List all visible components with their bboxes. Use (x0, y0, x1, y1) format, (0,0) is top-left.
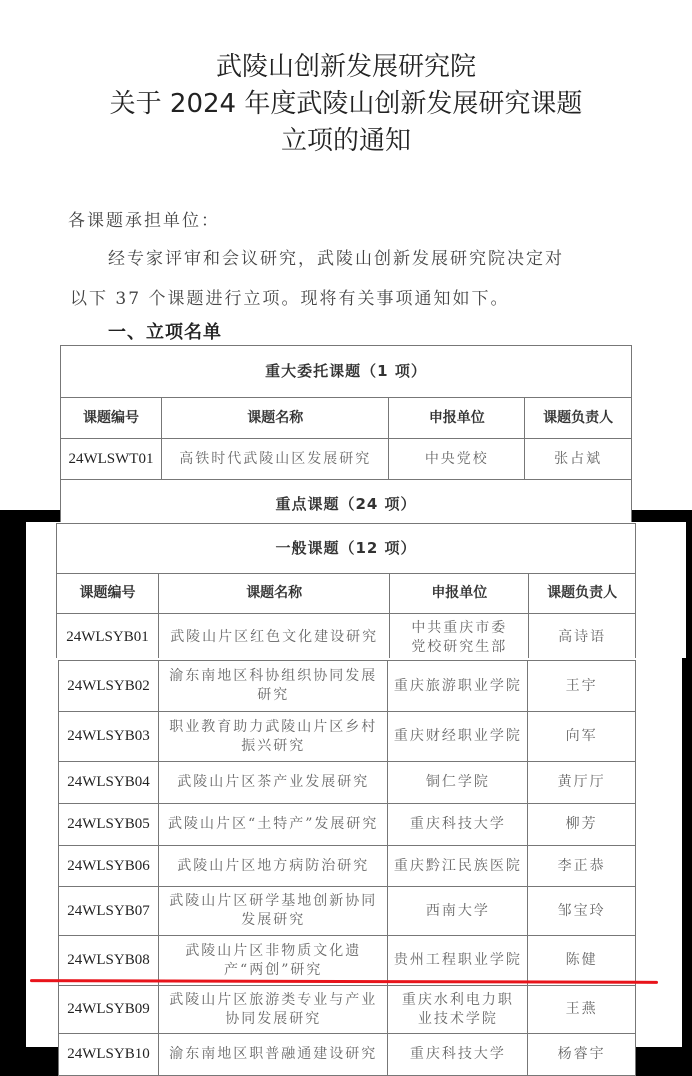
project-code: 24WLSYB10 (59, 1034, 159, 1076)
project-code: 24WLSYB04 (59, 762, 159, 804)
project-unit: 重庆水利电力职业技术学院 (388, 986, 528, 1034)
project-unit: 重庆财经职业学院 (388, 712, 528, 762)
project-name: 职业教育助力武陵山片区乡村振兴研究 (158, 712, 388, 762)
project-unit: 中央党校 (389, 439, 525, 480)
category-header-major: 重大委托课题（1 项） (61, 346, 632, 398)
salutation: 各课题承担单位： (68, 206, 220, 231)
project-leader: 高诗语 (529, 614, 636, 662)
major-projects-table: 重大委托课题（1 项） 课题编号 课题名称 申报单位 课题负责人 24WLSWT… (60, 345, 632, 530)
project-leader: 邹宝玲 (528, 887, 636, 936)
project-leader: 王燕 (528, 986, 636, 1034)
project-code: 24WLSYB02 (59, 661, 159, 712)
column-header-leader: 课题负责人 (525, 398, 632, 439)
project-name: 武陵山片区旅游类专业与产业协同发展研究 (158, 986, 388, 1034)
project-unit: 重庆黔江民族医院 (388, 846, 528, 887)
table-row: 24WLSYB10 渝东南地区职普融通建设研究 重庆科技大学 杨睿宇 (59, 1034, 636, 1076)
project-unit: 铜仁学院 (388, 762, 528, 804)
project-code: 24WLSYB01 (57, 614, 159, 662)
project-name: 武陵山片区非物质文化遗产“两创”研究 (158, 936, 388, 986)
column-header-leader: 课题负责人 (529, 574, 636, 614)
column-header-unit: 申报单位 (390, 574, 529, 614)
table-row: 24WLSWT01 高铁时代武陵山区发展研究 中央党校 张占斌 (61, 439, 632, 480)
document-title-line-3: 立项的通知 (0, 122, 692, 160)
column-header-code: 课题编号 (57, 574, 159, 614)
project-name: 武陵山片区研学基地创新协同发展研究 (158, 887, 388, 936)
project-code: 24WLSYB09 (59, 986, 159, 1034)
document-title-line-2: 关于 2024 年度武陵山创新发展研究课题 (0, 85, 692, 123)
project-code: 24WLSYB03 (59, 712, 159, 762)
column-header-unit: 申报单位 (389, 398, 525, 439)
general-projects-table-header: 一般课题（12 项） 课题编号 课题名称 申报单位 课题负责人 24WLSYB0… (56, 523, 636, 662)
table-row: 24WLSYB01 武陵山片区红色文化建设研究 中共重庆市委党校研究生部 高诗语 (57, 614, 636, 662)
table-row: 24WLSYB07 武陵山片区研学基地创新协同发展研究 西南大学 邹宝玲 (59, 887, 636, 936)
project-leader: 柳芳 (528, 804, 636, 846)
project-unit: 西南大学 (388, 887, 528, 936)
general-projects-table-body: 24WLSYB02 渝东南地区科协组织协同发展研究 重庆旅游职业学院 王宇 24… (58, 660, 636, 1076)
table-row: 24WLSYB03 职业教育助力武陵山片区乡村振兴研究 重庆财经职业学院 向军 (59, 712, 636, 762)
column-header-code: 课题编号 (61, 398, 162, 439)
document-title-line-1: 武陵山创新发展研究院 (0, 48, 692, 86)
project-leader: 王宇 (528, 661, 636, 712)
column-header-name: 课题名称 (161, 398, 389, 439)
project-unit: 中共重庆市委党校研究生部 (390, 614, 529, 662)
table-row: 24WLSYB04 武陵山片区茶产业发展研究 铜仁学院 黄厅厅 (59, 762, 636, 804)
section-heading: 一、立项名单 (108, 318, 222, 344)
column-header-name: 课题名称 (158, 574, 389, 614)
body-paragraph-line-1: 经专家评审和会议研究，武陵山创新发展研究院决定对 (108, 244, 564, 269)
project-unit: 重庆科技大学 (388, 804, 528, 846)
project-leader: 李正恭 (528, 846, 636, 887)
project-name: 渝东南地区职普融通建设研究 (158, 1034, 388, 1076)
table-row: 24WLSYB06 武陵山片区地方病防治研究 重庆黔江民族医院 李正恭 (59, 846, 636, 887)
category-header-general: 一般课题（12 项） (57, 524, 636, 574)
project-code: 24WLSYB08 (59, 936, 159, 986)
project-unit: 重庆旅游职业学院 (388, 661, 528, 712)
table-row: 24WLSYB09 武陵山片区旅游类专业与产业协同发展研究 重庆水利电力职业技术… (59, 986, 636, 1034)
project-name: 武陵山片区红色文化建设研究 (158, 614, 389, 662)
project-unit: 重庆科技大学 (388, 1034, 528, 1076)
table-row: 24WLSYB05 武陵山片区“土特产”发展研究 重庆科技大学 柳芳 (59, 804, 636, 846)
project-name: 武陵山片区“土特产”发展研究 (158, 804, 388, 846)
project-name: 武陵山片区茶产业发展研究 (158, 762, 388, 804)
project-leader: 张占斌 (525, 439, 632, 480)
project-leader: 黄厅厅 (528, 762, 636, 804)
table-row: 24WLSYB02 渝东南地区科协组织协同发展研究 重庆旅游职业学院 王宇 (59, 661, 636, 712)
project-name: 武陵山片区地方病防治研究 (158, 846, 388, 887)
body-paragraph-line-2: 以下 37 个课题进行立项。现将有关事项通知如下。 (70, 284, 509, 309)
table-row: 24WLSYB08 武陵山片区非物质文化遗产“两创”研究 贵州工程职业学院 陈健 (59, 936, 636, 986)
project-code: 24WLSYB07 (59, 887, 159, 936)
project-leader: 陈健 (528, 936, 636, 986)
project-code: 24WLSYB06 (59, 846, 159, 887)
project-unit: 贵州工程职业学院 (388, 936, 528, 986)
project-code: 24WLSWT01 (61, 439, 162, 480)
project-leader: 杨睿宇 (528, 1034, 636, 1076)
project-code: 24WLSYB05 (59, 804, 159, 846)
project-name: 高铁时代武陵山区发展研究 (161, 439, 389, 480)
project-name: 渝东南地区科协组织协同发展研究 (158, 661, 388, 712)
project-leader: 向军 (528, 712, 636, 762)
